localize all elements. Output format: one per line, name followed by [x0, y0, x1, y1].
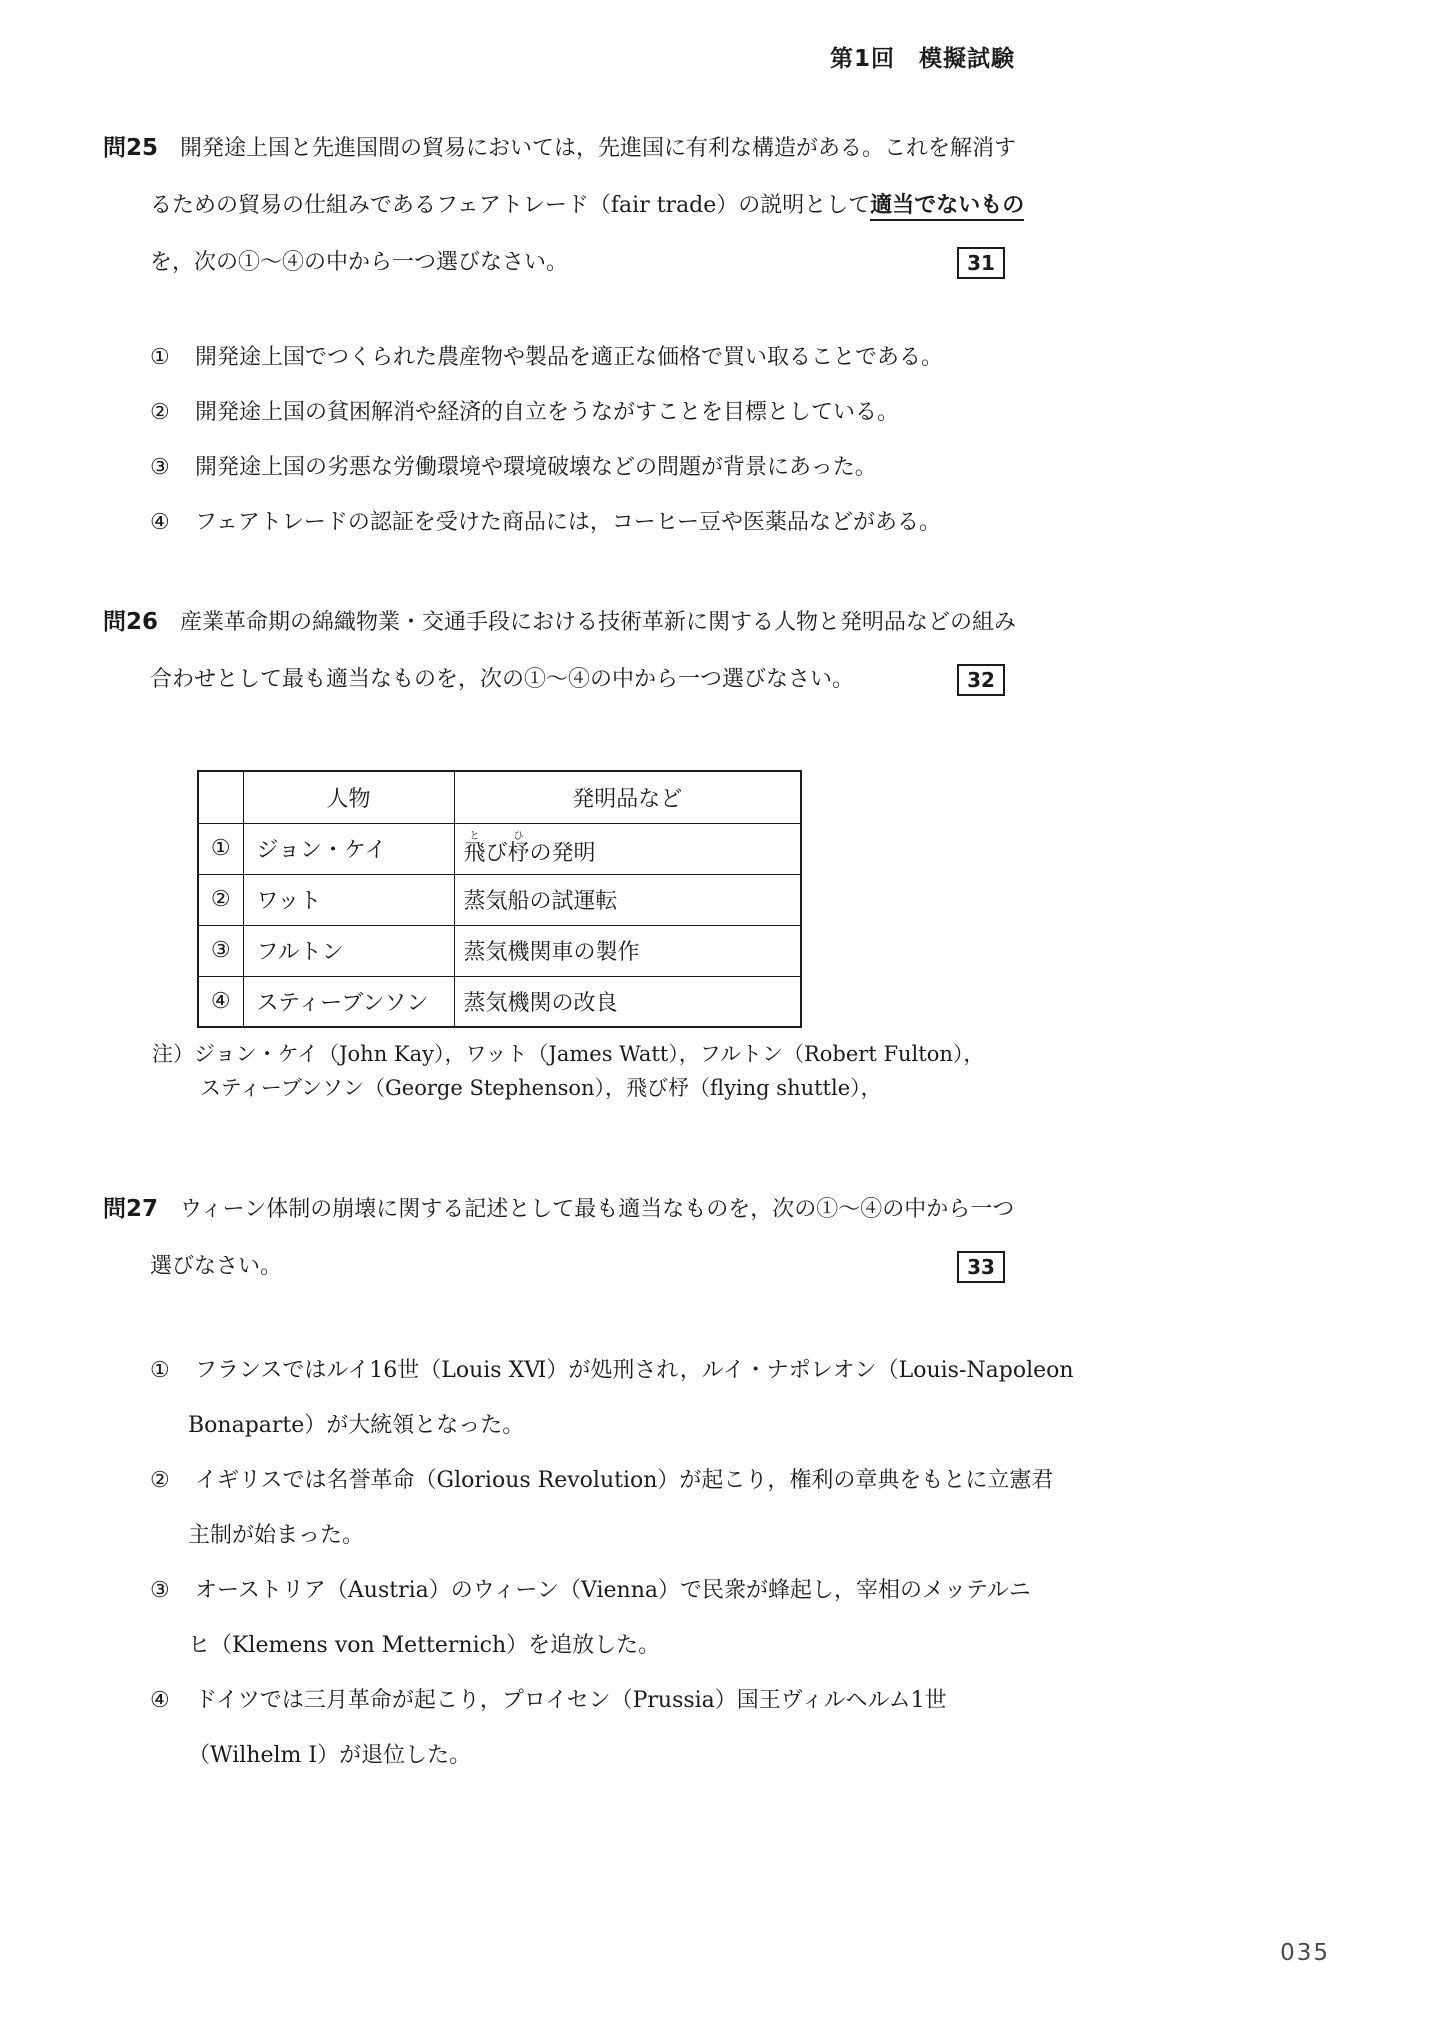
choice-text: オーストリア（Austria）のウィーン（Vienna）で民衆が蜂起し，宰相のメ… — [195, 1578, 1031, 1603]
row-number: ④ — [198, 976, 243, 1027]
stem-text: 合わせとして最も適当なものを，次の①～④の中から一つ選びなさい。 — [150, 667, 854, 692]
choice-text: フランスではルイ16世（Louis ⅩⅥ）が処刑され，ルイ・ナポレオン（Loui… — [195, 1358, 1074, 1383]
invention-cell: 蒸気機関の改良 — [454, 976, 801, 1027]
choice-text: ドイツでは三月革命が起こり，プロイセン（Prussia）国王ヴィルヘルム1世 — [195, 1688, 947, 1713]
stem-text: 産業革命期の綿織物業・交通手段における技術革新に関する人物と発明品などの組み — [180, 610, 1016, 635]
choice-number: ② — [150, 1453, 195, 1508]
choice-number: ③ — [150, 440, 195, 495]
stem-text: ウィーン体制の崩壊に関する記述として最も適当なものを，次の①～④の中から一つ — [180, 1197, 1014, 1222]
question-25-label: 問25 — [103, 120, 180, 177]
answer-box-31: 31 — [957, 247, 1005, 279]
choice-1: ①開発途上国でつくられた農産物や製品を適正な価格で買い取ることである。 — [103, 330, 1015, 385]
choice-1: ①フランスではルイ16世（Louis ⅩⅥ）が処刑され，ルイ・ナポレオン（Lou… — [103, 1343, 1015, 1453]
row-number: ② — [198, 874, 243, 925]
invention-cell: 飛とび杼ひの発明 — [454, 823, 801, 874]
question-27-choices: ①フランスではルイ16世（Louis ⅩⅥ）が処刑され，ルイ・ナポレオン（Lou… — [103, 1343, 1015, 1783]
table-row: ④ スティーブンソン 蒸気機関の改良 — [198, 976, 801, 1027]
choice-2: ②イギリスでは名誉革命（Glorious Revolution）が起こり，権利の… — [103, 1453, 1015, 1563]
choice-text: 開発途上国の貧困解消や経済的自立をうながすことを目標としている。 — [195, 400, 899, 425]
choice-text: イギリスでは名誉革命（Glorious Revolution）が起こり，権利の章… — [195, 1468, 1053, 1493]
choice-4: ④フェアトレードの認証を受けた商品には，コーヒー豆や医薬品などがある。 — [103, 495, 1015, 550]
question-26-stem: 問26産業革命期の綿織物業・交通手段における技術革新に関する人物と発明品などの組… — [103, 594, 1015, 708]
choice-number: ② — [150, 385, 195, 440]
question-26-label: 問26 — [103, 594, 180, 651]
choice-text: フェアトレードの認証を受けた商品には，コーヒー豆や医薬品などがある。 — [195, 510, 941, 535]
note-line: スティーブンソン（George Stephenson），飛び杼（flying s… — [103, 1071, 1015, 1105]
note-line: 注）ジョン・ケイ（John Kay），ワット（James Watt），フルトン（… — [103, 1037, 1015, 1071]
question-25: 問25開発途上国と先進国間の貿易においては，先進国に有利な構造がある。これを解消… — [103, 120, 1015, 550]
choice-text: 主制が始まった。 — [103, 1508, 1015, 1563]
table-row: ① ジョン・ケイ 飛とび杼ひの発明 — [198, 823, 801, 874]
ruby-flying-shuttle: 杼ひ — [508, 841, 530, 866]
person-cell: スティーブンソン — [243, 976, 454, 1027]
stem-text: を，次の①～④の中から一つ選びなさい。 — [150, 250, 568, 275]
table-header-row: 人物 発明品など — [198, 771, 801, 823]
question-26: 問26産業革命期の綿織物業・交通手段における技術革新に関する人物と発明品などの組… — [103, 594, 1015, 1105]
table-note: 注）ジョン・ケイ（John Kay），ワット（James Watt），フルトン（… — [103, 1037, 1015, 1105]
choice-text: ヒ（Klemens von Metternich）を追放した。 — [103, 1618, 1015, 1673]
page-header: 第1回 模擬試験 — [103, 40, 1015, 70]
person-cell: ワット — [243, 874, 454, 925]
header-invention: 発明品など — [454, 771, 801, 823]
invention-cell: 蒸気船の試運転 — [454, 874, 801, 925]
stem-line: 合わせとして最も適当なものを，次の①～④の中から一つ選びなさい。 — [103, 651, 1015, 708]
choice-number: ① — [150, 1343, 195, 1398]
choice-4: ④ドイツでは三月革命が起こり，プロイセン（Prussia）国王ヴィルヘルム1世 … — [103, 1673, 1015, 1783]
choice-text: （Wilhelm I）が退位した。 — [103, 1728, 1015, 1783]
stem-line: 問25開発途上国と先進国間の貿易においては，先進国に有利な構造がある。これを解消… — [103, 120, 1015, 177]
answer-box-32: 32 — [957, 664, 1005, 696]
stem-line: 問26産業革命期の綿織物業・交通手段における技術革新に関する人物と発明品などの組… — [103, 594, 1015, 651]
stem-line: 問27ウィーン体制の崩壊に関する記述として最も適当なものを，次の①～④の中から一… — [103, 1181, 1015, 1238]
exam-page: 第1回 模擬試験 問25開発途上国と先進国間の貿易においては，先進国に有利な構造… — [0, 0, 1434, 2024]
underlined-phrase: 適当でないもの — [870, 193, 1024, 221]
stem-text: 開発途上国と先進国間の貿易においては，先進国に有利な構造がある。これを解消す — [180, 136, 1016, 161]
stem-line: 選びなさい。 — [103, 1238, 1015, 1295]
ruby-flying-shuttle: 飛と — [464, 841, 486, 866]
person-cell: ジョン・ケイ — [243, 823, 454, 874]
table-row: ② ワット 蒸気船の試運転 — [198, 874, 801, 925]
choice-2: ②開発途上国の貧困解消や経済的自立をうながすことを目標としている。 — [103, 385, 1015, 440]
table-row: ③ フルトン 蒸気機関車の製作 — [198, 925, 801, 976]
choice-number: ④ — [150, 1673, 195, 1728]
invention-cell: 蒸気機関車の製作 — [454, 925, 801, 976]
header-blank — [198, 771, 243, 823]
choice-number: ④ — [150, 495, 195, 550]
choice-3: ③オーストリア（Austria）のウィーン（Vienna）で民衆が蜂起し，宰相の… — [103, 1563, 1015, 1673]
choice-text: Bonaparte）が大統領となった。 — [103, 1398, 1015, 1453]
choice-number: ③ — [150, 1563, 195, 1618]
row-number: ① — [198, 823, 243, 874]
answer-box-33: 33 — [957, 1251, 1005, 1283]
header-person: 人物 — [243, 771, 454, 823]
question-27-stem: 問27ウィーン体制の崩壊に関する記述として最も適当なものを，次の①～④の中から一… — [103, 1181, 1015, 1295]
question-25-choices: ①開発途上国でつくられた農産物や製品を適正な価格で買い取ることである。 ②開発途… — [103, 330, 1015, 550]
question-25-stem: 問25開発途上国と先進国間の貿易においては，先進国に有利な構造がある。これを解消… — [103, 120, 1015, 291]
stem-line: を，次の①～④の中から一つ選びなさい。 — [103, 234, 1015, 291]
stem-line: るための貿易の仕組みであるフェアトレード（fair trade）の説明として適当… — [103, 177, 1015, 234]
stem-text: るための貿易の仕組みであるフェアトレード（fair trade）の説明として — [150, 193, 870, 218]
person-cell: フルトン — [243, 925, 454, 976]
question-27-label: 問27 — [103, 1181, 180, 1238]
inventors-table: 人物 発明品など ① ジョン・ケイ 飛とび杼ひの発明 ② ワット 蒸気船の試運転… — [197, 770, 802, 1028]
page-number: 035 — [1280, 1940, 1330, 1966]
choice-text: 開発途上国でつくられた農産物や製品を適正な価格で買い取ることである。 — [195, 345, 943, 370]
choice-number: ① — [150, 330, 195, 385]
choice-text: 開発途上国の劣悪な労働環境や環境破壊などの問題が背景にあった。 — [195, 455, 877, 480]
row-number: ③ — [198, 925, 243, 976]
choice-3: ③開発途上国の劣悪な労働環境や環境破壊などの問題が背景にあった。 — [103, 440, 1015, 495]
question-27: 問27ウィーン体制の崩壊に関する記述として最も適当なものを，次の①～④の中から一… — [103, 1181, 1015, 1783]
stem-text: 選びなさい。 — [150, 1254, 282, 1279]
